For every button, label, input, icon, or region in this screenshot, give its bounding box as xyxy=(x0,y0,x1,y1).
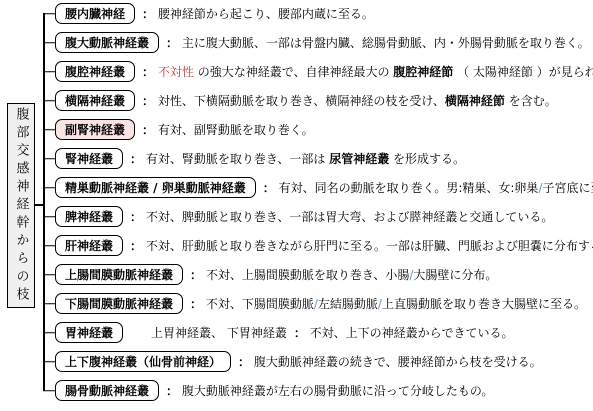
diagram-row: 腹大動脈神経叢 ： 主に腹大動脈、一部は骨盤内臓、総腸骨動脈、内・外腸骨動脈を取… xyxy=(55,32,590,53)
diagram-row: 肝神経叢 ： 不対、肝動脈と取り巻きながら肝門に至る。一部は肝臓、門脈および胆嚢… xyxy=(55,235,593,256)
description-text-bold: ： xyxy=(142,65,154,79)
node-box-label: 肝神経叢 xyxy=(55,235,123,256)
node-description: ： 有対、腎動脈を取り巻き、一部は 尿管神経叢 を形成する。 xyxy=(130,150,465,167)
diagram-row: 副腎神経叢 ： 有対、副腎動脈を取り巻く。 xyxy=(55,119,314,140)
node-box-label: 腹大動脈神経叢 xyxy=(55,32,159,53)
description-text-bold: ： xyxy=(130,152,142,166)
node-description: ： 対性、下横隔動脈を取り巻き、横隔神経の枝を受け、横隔神経節 を含む。 xyxy=(142,92,557,109)
node-box-label: 上下腹神経叢（仙骨前神経） xyxy=(55,351,231,372)
diagram-row: 上腸間膜動脈神経叢 ： 不対、上腸間膜動脈を取り巻き、小腸/大腸壁に分布。 xyxy=(55,264,497,285)
description-text-bold: ： xyxy=(130,210,142,224)
description-text-bold: ： xyxy=(166,36,178,50)
node-box-label: 副腎神経叢 xyxy=(55,119,135,140)
description-text: 対性、下横隔動脈を取り巻き、横隔神経の枝を受け、 xyxy=(154,94,445,108)
node-box-label: 腸骨動脈神経叢 xyxy=(55,380,159,401)
description-text: 有対、腎動脈を取り巻き、一部は xyxy=(142,152,329,166)
node-box-label: 腎神経叢 xyxy=(55,148,123,169)
node-description: ： 不対、下腸間膜動脈/左結腸動脈/上直腸動脈を取り巻き大腸壁に至る。 xyxy=(190,295,586,312)
description-text: （ 太陽神経節 ）が見られる。 xyxy=(453,65,593,79)
description-text: を形成する。 xyxy=(389,152,465,166)
node-description: ： 不対性 の強大な神経叢で、自律神経最大の 腹腔神経節 （ 太陽神経節 ）が見… xyxy=(142,63,593,80)
description-text: 左結腸動脈 xyxy=(318,297,378,311)
description-text-bold: ： xyxy=(142,94,154,108)
diagram-row: 脾神経叢 ： 不対、脾動脈と取り巻き、一部は胃大弯、および膵神経叢と交通している… xyxy=(55,206,553,227)
description-text: の強大な神経叢で、自律神経最大の xyxy=(194,65,393,79)
root-node-box: 腹部交感神経幹からの枝 xyxy=(7,103,35,308)
description-text-bold: 横隔神経節 xyxy=(445,94,505,108)
description-text: 不対、脾動脈と取り巻き、一部は胃大弯、および膵神経叢と交通している。 xyxy=(142,210,553,224)
node-description: ： 不対、肝動脈と取り巻きながら肝門に至る。一部は肝臓、門脈および胆嚢に分布する… xyxy=(130,237,593,254)
description-text: 上直腸動脈を取り巻き大腸壁に至る。 xyxy=(382,297,586,311)
node-box-label: 胃神経叢 xyxy=(55,322,123,343)
node-box-label: 横隔神経叢 xyxy=(55,90,135,111)
node-subtext: 上胃神経叢、 下胃神経叢 xyxy=(151,324,287,341)
diagram-row: 上下腹神経叢（仙骨前神経） ： 腹大動脈神経叢の続きで、腰神経節から枝を受ける。 xyxy=(55,351,542,372)
description-text-red: 不対性 xyxy=(158,65,194,79)
description-text: 子宮底に至る。 xyxy=(542,181,593,195)
node-description: ： 不対、上下の神経叢からできている。 xyxy=(294,324,514,341)
description-text-bold: ： xyxy=(190,268,202,282)
node-description: ： 不対、上腸間膜動脈を取り巻き、小腸/大腸壁に分布。 xyxy=(190,266,497,283)
description-text: を含む。 xyxy=(505,94,557,108)
diagram-row: 腸骨動脈神経叢 ： 腹大動脈神経叢が左右の腸骨動脈に沿って分岐したもの。 xyxy=(55,380,493,401)
description-text: 大腸壁に分布。 xyxy=(413,268,497,282)
description-text: 腹大動脈神経叢の続きで、腰神経節から枝を受ける。 xyxy=(250,355,542,369)
description-text: 主に腹大動脈、一部は骨盤内臓、総腸骨動脈、内・外腸骨動脈を取り巻く。 xyxy=(178,36,590,50)
description-text: 有対、副腎動脈を取り巻く。 xyxy=(154,123,314,137)
description-text-bold: ： xyxy=(190,297,202,311)
diagram-row: 腹腔神経叢 ： 不対性 の強大な神経叢で、自律神経最大の 腹腔神経節 （ 太陽神… xyxy=(55,61,593,82)
diagram-row: 腎神経叢 ： 有対、腎動脈を取り巻き、一部は 尿管神経叢 を形成する。 xyxy=(55,148,465,169)
node-box-label: 脾神経叢 xyxy=(55,206,123,227)
node-description: ： 主に腹大動脈、一部は骨盤内臓、総腸骨動脈、内・外腸骨動脈を取り巻く。 xyxy=(166,34,590,51)
diagram-row: 腰内臓神経 ： 腰神経節から起こり、腰部内蔵に至る。 xyxy=(55,3,374,24)
description-text-bold: 腹腔神経節 xyxy=(393,65,453,79)
description-text-bold: ： xyxy=(294,326,306,340)
node-description: ： 腹大動脈神経叢の続きで、腰神経節から枝を受ける。 xyxy=(238,353,542,370)
root-node-label: 腹部交感神経幹からの枝 xyxy=(15,107,28,305)
description-text-bold: ： xyxy=(166,384,178,398)
description-text-bold: ： xyxy=(238,355,250,369)
nerve-branch-diagram: 腹部交感神経幹からの枝 腰内臓神経 ： 腰神経節から起こり、腰部内蔵に至る。 腹… xyxy=(0,0,593,411)
description-text: 腹大動脈神経叢が左右の腸骨動脈に沿って分岐したもの。 xyxy=(178,384,493,398)
diagram-row: 横隔神経叢 ： 対性、下横隔動脈を取り巻き、横隔神経の枝を受け、横隔神経節 を含… xyxy=(55,90,557,111)
description-text: 不対、下腸間膜動脈 xyxy=(202,297,314,311)
description-text: 有対、同名の動脈を取り巻く。男:精巣、女:卵巣 xyxy=(275,181,539,195)
trunk-line xyxy=(43,13,45,391)
node-box-label: 腰内臓神経 xyxy=(55,3,135,24)
description-text-bold: ： xyxy=(130,239,142,253)
diagram-row: 下腸間膜動脈神経叢 ： 不対、下腸間膜動脈/左結腸動脈/上直腸動脈を取り巻き大腸… xyxy=(55,293,586,314)
diagram-row: 胃神経叢 上胃神経叢、 下胃神経叢 ： 不対、上下の神経叢からできている。 xyxy=(55,322,514,343)
description-text: 不対、肝動脈と取り巻きながら肝門に至る。一部は肝臓、門脈および胆嚢に分布する。 xyxy=(142,239,593,253)
description-text: 不対、上下の神経叢からできている。 xyxy=(306,326,514,340)
node-box-label: 精巣動脈神経叢 / 卵巣動脈神経叢 xyxy=(55,177,256,198)
description-text-bold: 尿管神経叢 xyxy=(329,152,389,166)
node-box-label: 下腸間膜動脈神経叢 xyxy=(55,293,183,314)
node-description: ： 不対、脾動脈と取り巻き、一部は胃大弯、および膵神経叢と交通している。 xyxy=(130,208,553,225)
description-text-bold: ： xyxy=(142,7,154,21)
node-description: ： 腰神経節から起こり、腰部内蔵に至る。 xyxy=(142,5,374,22)
description-text: 腰神経節から起こり、腰部内蔵に至る。 xyxy=(154,7,374,21)
description-text-bold: ： xyxy=(142,123,154,137)
description-text-bold: ： xyxy=(263,181,275,195)
node-description: ： 腹大動脈神経叢が左右の腸骨動脈に沿って分岐したもの。 xyxy=(166,382,493,399)
node-description: ： 有対、副腎動脈を取り巻く。 xyxy=(142,121,314,138)
node-box-label: 上腸間膜動脈神経叢 xyxy=(55,264,183,285)
node-description: ： 有対、同名の動脈を取り巻く。男:精巣、女:卵巣/子宮底に至る。 xyxy=(263,179,593,196)
diagram-row: 精巣動脈神経叢 / 卵巣動脈神経叢 ： 有対、同名の動脈を取り巻く。男:精巣、女… xyxy=(55,177,593,198)
node-box-label: 腹腔神経叢 xyxy=(55,61,135,82)
description-text: 不対、上腸間膜動脈を取り巻き、小腸 xyxy=(202,268,409,282)
